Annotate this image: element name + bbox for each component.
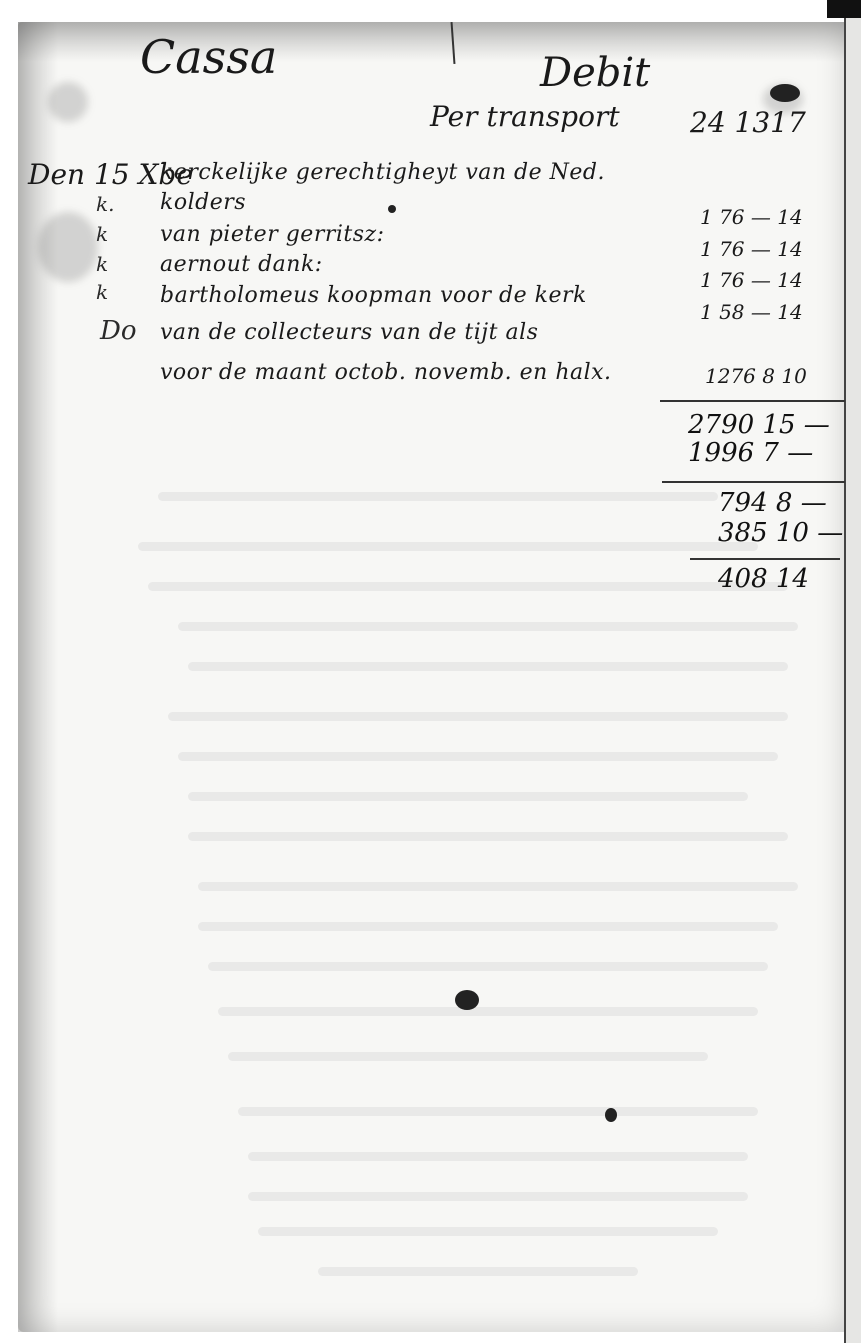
bleed-through-line: [168, 712, 788, 721]
adjacent-page-edge: [844, 18, 861, 1343]
bleed-through-line: [248, 1152, 748, 1161]
calc-line: 794 8 —: [718, 488, 827, 518]
ledger-entry-text: kerckelijke gerechtigheyt van de Ned.: [160, 160, 605, 185]
ledger-entry-amount: 1 58 — 14: [700, 300, 840, 324]
ledger-entry-amount: 1 76 — 14: [700, 205, 840, 229]
row-marker: Do: [100, 316, 137, 346]
bleed-through-line: [318, 1267, 638, 1276]
bleed-through-line: [198, 922, 778, 931]
ledger-entry-amount: 1 76 — 14: [700, 268, 840, 292]
heading-debit: Debit: [540, 50, 650, 96]
row-marker: k: [96, 222, 108, 246]
ledger-entry-text: kolders: [160, 190, 246, 215]
row-marker: k.: [96, 192, 114, 216]
ink-blot: [605, 1108, 617, 1122]
bleed-through-line: [228, 1052, 708, 1061]
ledger-entry-amount: 1276 8 10: [705, 364, 845, 388]
bleed-through-line: [218, 1007, 758, 1016]
sum-rule: [662, 481, 845, 483]
calc-line: 1996 7 —: [688, 438, 813, 468]
stain: [48, 82, 88, 122]
bleed-through-line: [178, 752, 778, 761]
transport-amount: 24 1317: [690, 106, 806, 139]
bleed-through-line: [238, 1107, 758, 1116]
bleed-through-line: [178, 622, 798, 631]
ledger-entry-text: van de collecteurs van de tijt als: [160, 320, 538, 345]
bleed-through-line: [208, 962, 768, 971]
bleed-through-line: [138, 542, 758, 551]
row-marker: k: [96, 252, 108, 276]
bleed-through-line: [188, 792, 748, 801]
bleed-through-line: [188, 662, 788, 671]
ledger-entry-text: voor de maant octob. novemb. en halx.: [160, 360, 612, 385]
bleed-through-line: [198, 882, 798, 891]
bleed-through-line: [188, 832, 788, 841]
ledger-entry-text: van pieter gerritsz:: [160, 222, 385, 247]
calc-result: 408 14: [718, 564, 809, 594]
bleed-through-line: [158, 492, 718, 501]
ink-blot: [455, 990, 479, 1010]
transport-label: Per transport: [430, 100, 620, 133]
row-marker: k: [96, 280, 108, 304]
ledger-entry-text: bartholomeus koopman voor de kerk: [160, 283, 587, 308]
bleed-through-line: [248, 1192, 748, 1201]
ink-blot: [770, 84, 800, 102]
bleed-through-line: [148, 582, 788, 591]
ledger-entry-text: aernout dank:: [160, 252, 323, 277]
ink-blot: [388, 205, 396, 213]
scan-background-corner: [827, 0, 861, 18]
sum-rule: [690, 558, 840, 560]
bleed-through-line: [258, 1227, 718, 1236]
heading-cassa: Cassa: [140, 30, 277, 84]
calc-line: 2790 15 —: [688, 410, 830, 440]
ledger-entry-amount: 1 76 — 14: [700, 237, 840, 261]
calc-line: 385 10 —: [718, 518, 843, 548]
stain: [38, 212, 98, 282]
sum-rule: [660, 400, 845, 402]
